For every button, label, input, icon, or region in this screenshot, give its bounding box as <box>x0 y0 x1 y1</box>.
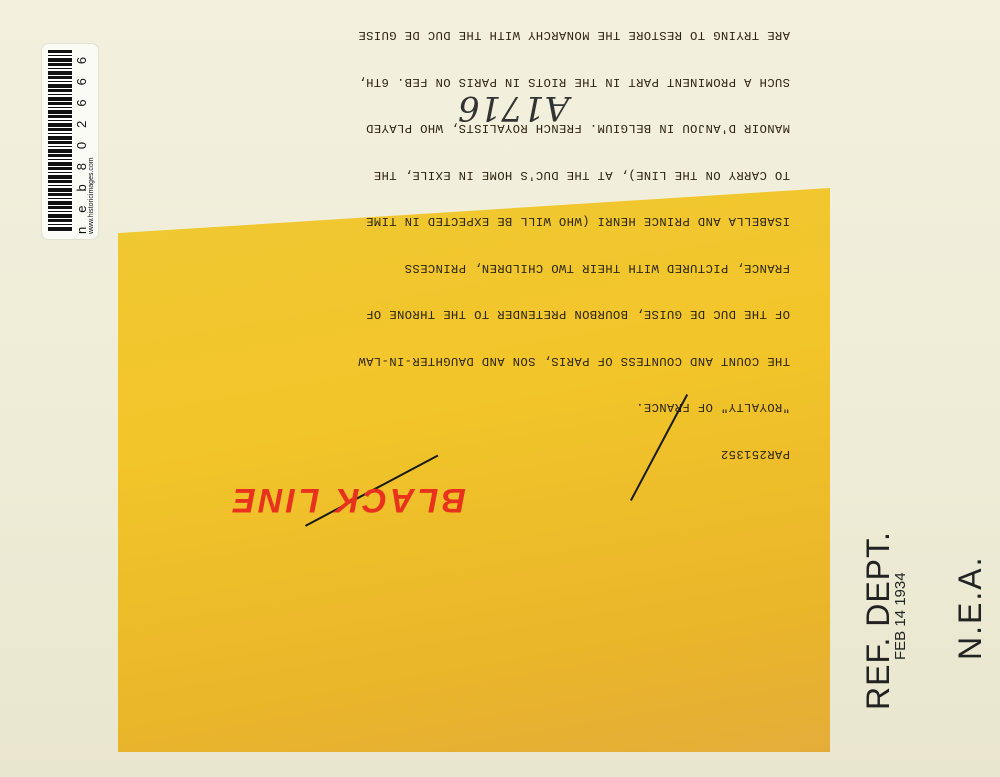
caption-line: FRANCE, PICTURED WITH THEIR TWO CHILDREN… <box>150 260 790 276</box>
caption-line: MANOIR D'ANJOU IN BELGIUM. FRENCH ROYALI… <box>150 120 790 136</box>
barcode-site: www.historicimages.com <box>88 157 95 234</box>
barcode-label: neb802666 www.historicimages.com <box>42 44 98 239</box>
caption-line: OF THE DUC DE GUISE, BOURBON PRETENDER T… <box>150 306 790 322</box>
caption-line: PAR251352 <box>150 446 790 462</box>
caption-text: PAR251352 "ROYALTY" OF FRANCE. THE COUNT… <box>150 0 790 492</box>
barcode-digits: neb802666 <box>74 43 89 234</box>
ref-date-stamp: FEB 14 1934 <box>892 572 909 660</box>
caption-line: ISABELLA AND PRINCE HENRI (WHO WILL BE E… <box>150 213 790 229</box>
barcode-icon <box>48 50 72 232</box>
caption-line: THE COUNT AND COUNTESS OF PARIS, SON AND… <box>150 353 790 369</box>
black-line-stamp: BLACK LINE <box>230 480 466 519</box>
caption-line: SUCH A PROMINENT PART IN THE RIOTS IN PA… <box>150 74 790 90</box>
caption-line: TO CARRY ON THE LINE), AT THE DUC'S HOME… <box>150 167 790 183</box>
nea-stamp: N.E.A. <box>952 556 989 660</box>
caption-line: "ROYALTY" OF FRANCE. <box>150 399 790 415</box>
caption-line: ARE TRYING TO RESTORE THE MONARCHY WITH … <box>150 27 790 43</box>
